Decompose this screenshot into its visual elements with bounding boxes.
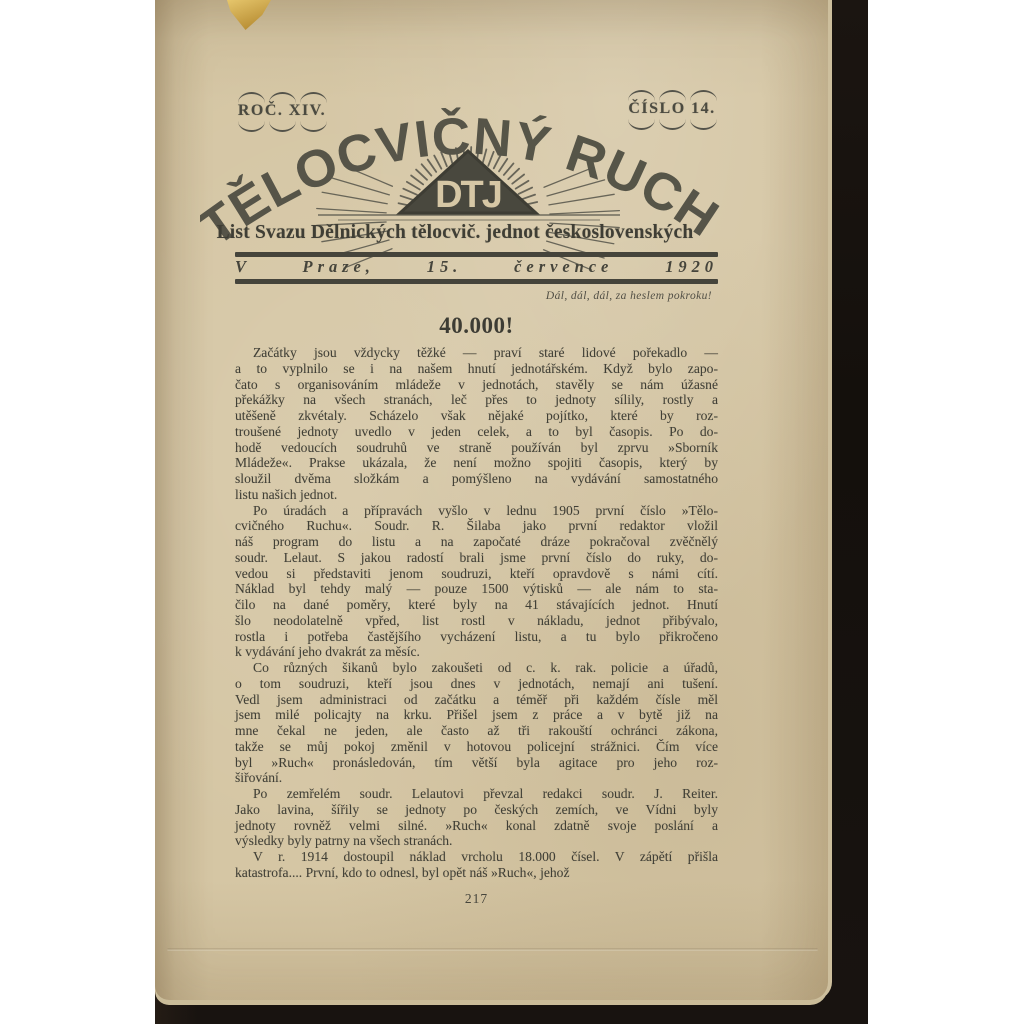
- text-line: šiřování.: [235, 770, 718, 786]
- text-line: Po úradách a přípravách vyšlo v lednu 19…: [235, 503, 718, 519]
- masthead-subtitle: List Svazu Dělnických tělocvič. jednot č…: [193, 222, 717, 244]
- text-line: Vedl jsem administraci od začátku a témě…: [235, 692, 718, 708]
- text-line: Jako lavina, šířily se jednoty po českýc…: [235, 802, 718, 818]
- journal-page: ROČ. XIV. ČÍSLO 14. TĚLOCVIČNÝ RUCH DTJ …: [155, 0, 828, 1000]
- rule-bottom: [235, 279, 718, 284]
- text-line: překážky na všech stranách, leč přes to …: [235, 392, 718, 408]
- text-line: sloužil dvěma složkám a pomýšleno na vyd…: [235, 471, 718, 487]
- motto: Dál, dál, dál, za heslem pokroku!: [235, 290, 718, 302]
- text-line: čato s organisováním mládeže v jednotách…: [235, 377, 718, 393]
- text-line: šlo neodolatelně vpřed, list rostl v nák…: [235, 613, 718, 629]
- text-line: rostla i potřeba častějšího vycházení li…: [235, 629, 718, 645]
- dateline: V Praze, 15. července 1920: [235, 257, 718, 277]
- text-line: Začátky jsou vždycky těžké — praví staré…: [235, 345, 718, 361]
- masthead-logo-art: TĚLOCVIČNÝ RUCH DTJ: [200, 96, 735, 274]
- text-line: k vydávání jeho dvakrát za měsíc.: [235, 644, 718, 660]
- text-line: čilo na dané poměry, které byly na 41 st…: [235, 597, 718, 613]
- text-line: cvičného Ruchu«. Soudr. R. Šilaba jako p…: [235, 518, 718, 534]
- text-line: V r. 1914 dostoupil náklad vrcholu 18.00…: [235, 849, 718, 865]
- text-line: utěšeně zkvétaly. Scházelo však nějaké p…: [235, 408, 718, 424]
- text-line: soudr. Lelaut. S jakou radostí brali jsm…: [235, 550, 718, 566]
- text-line: katastrofa.... První, kdo to odnesl, byl…: [235, 865, 718, 881]
- text-line: jednoty rovněž velmi silné. »Ruch« konal…: [235, 818, 718, 834]
- text-line: vedou si představiti jenom soudruzi, kte…: [235, 566, 718, 582]
- text-line: mne čekal ne jeden, ale často až tři rak…: [235, 723, 718, 739]
- text-line: byl »Ruch« pronásledován, tím větší byla…: [235, 755, 718, 771]
- text-line: Co různých šikanů bylo zakoušeti od c. k…: [235, 660, 718, 676]
- text-line: troušené jednoty uvedlo v jeden celek, a…: [235, 424, 718, 440]
- text-line: Náklad byl tehdy malý — pouze 1500 výtis…: [235, 581, 718, 597]
- text-line: o tom soudruzi, kteří jsou dnes v jednot…: [235, 676, 718, 692]
- text-line: náš program do listu a na započaté dráze…: [235, 534, 718, 550]
- page-number: 217: [235, 891, 718, 907]
- article-heading: 40.000!: [235, 313, 718, 339]
- torn-corner: [227, 0, 271, 30]
- text-line: výsledky byly patrny na všech stranách.: [235, 833, 718, 849]
- dtj-monogram: DTJ: [435, 174, 501, 216]
- text-line: Po zemřelém soudr. Lelautovi převzal red…: [235, 786, 718, 802]
- text-line: takže se můj pokoj změnil v hotovou poli…: [235, 739, 718, 755]
- article-body: Začátky jsou vždycky těžké — praví staré…: [235, 345, 718, 881]
- text-line: hodě vedoucích soudruhů ve straně použív…: [235, 440, 718, 456]
- text-line: Mládeže«. Prakse ukázala, že není možno …: [235, 455, 718, 471]
- text-line: a to vyplnilo se i na našem hnutí jednot…: [235, 361, 718, 377]
- crease-line: [167, 948, 818, 951]
- text-line: listu našich jednot.: [235, 487, 718, 503]
- text-line: jsem milé policajty na krku. Přišel jsem…: [235, 707, 718, 723]
